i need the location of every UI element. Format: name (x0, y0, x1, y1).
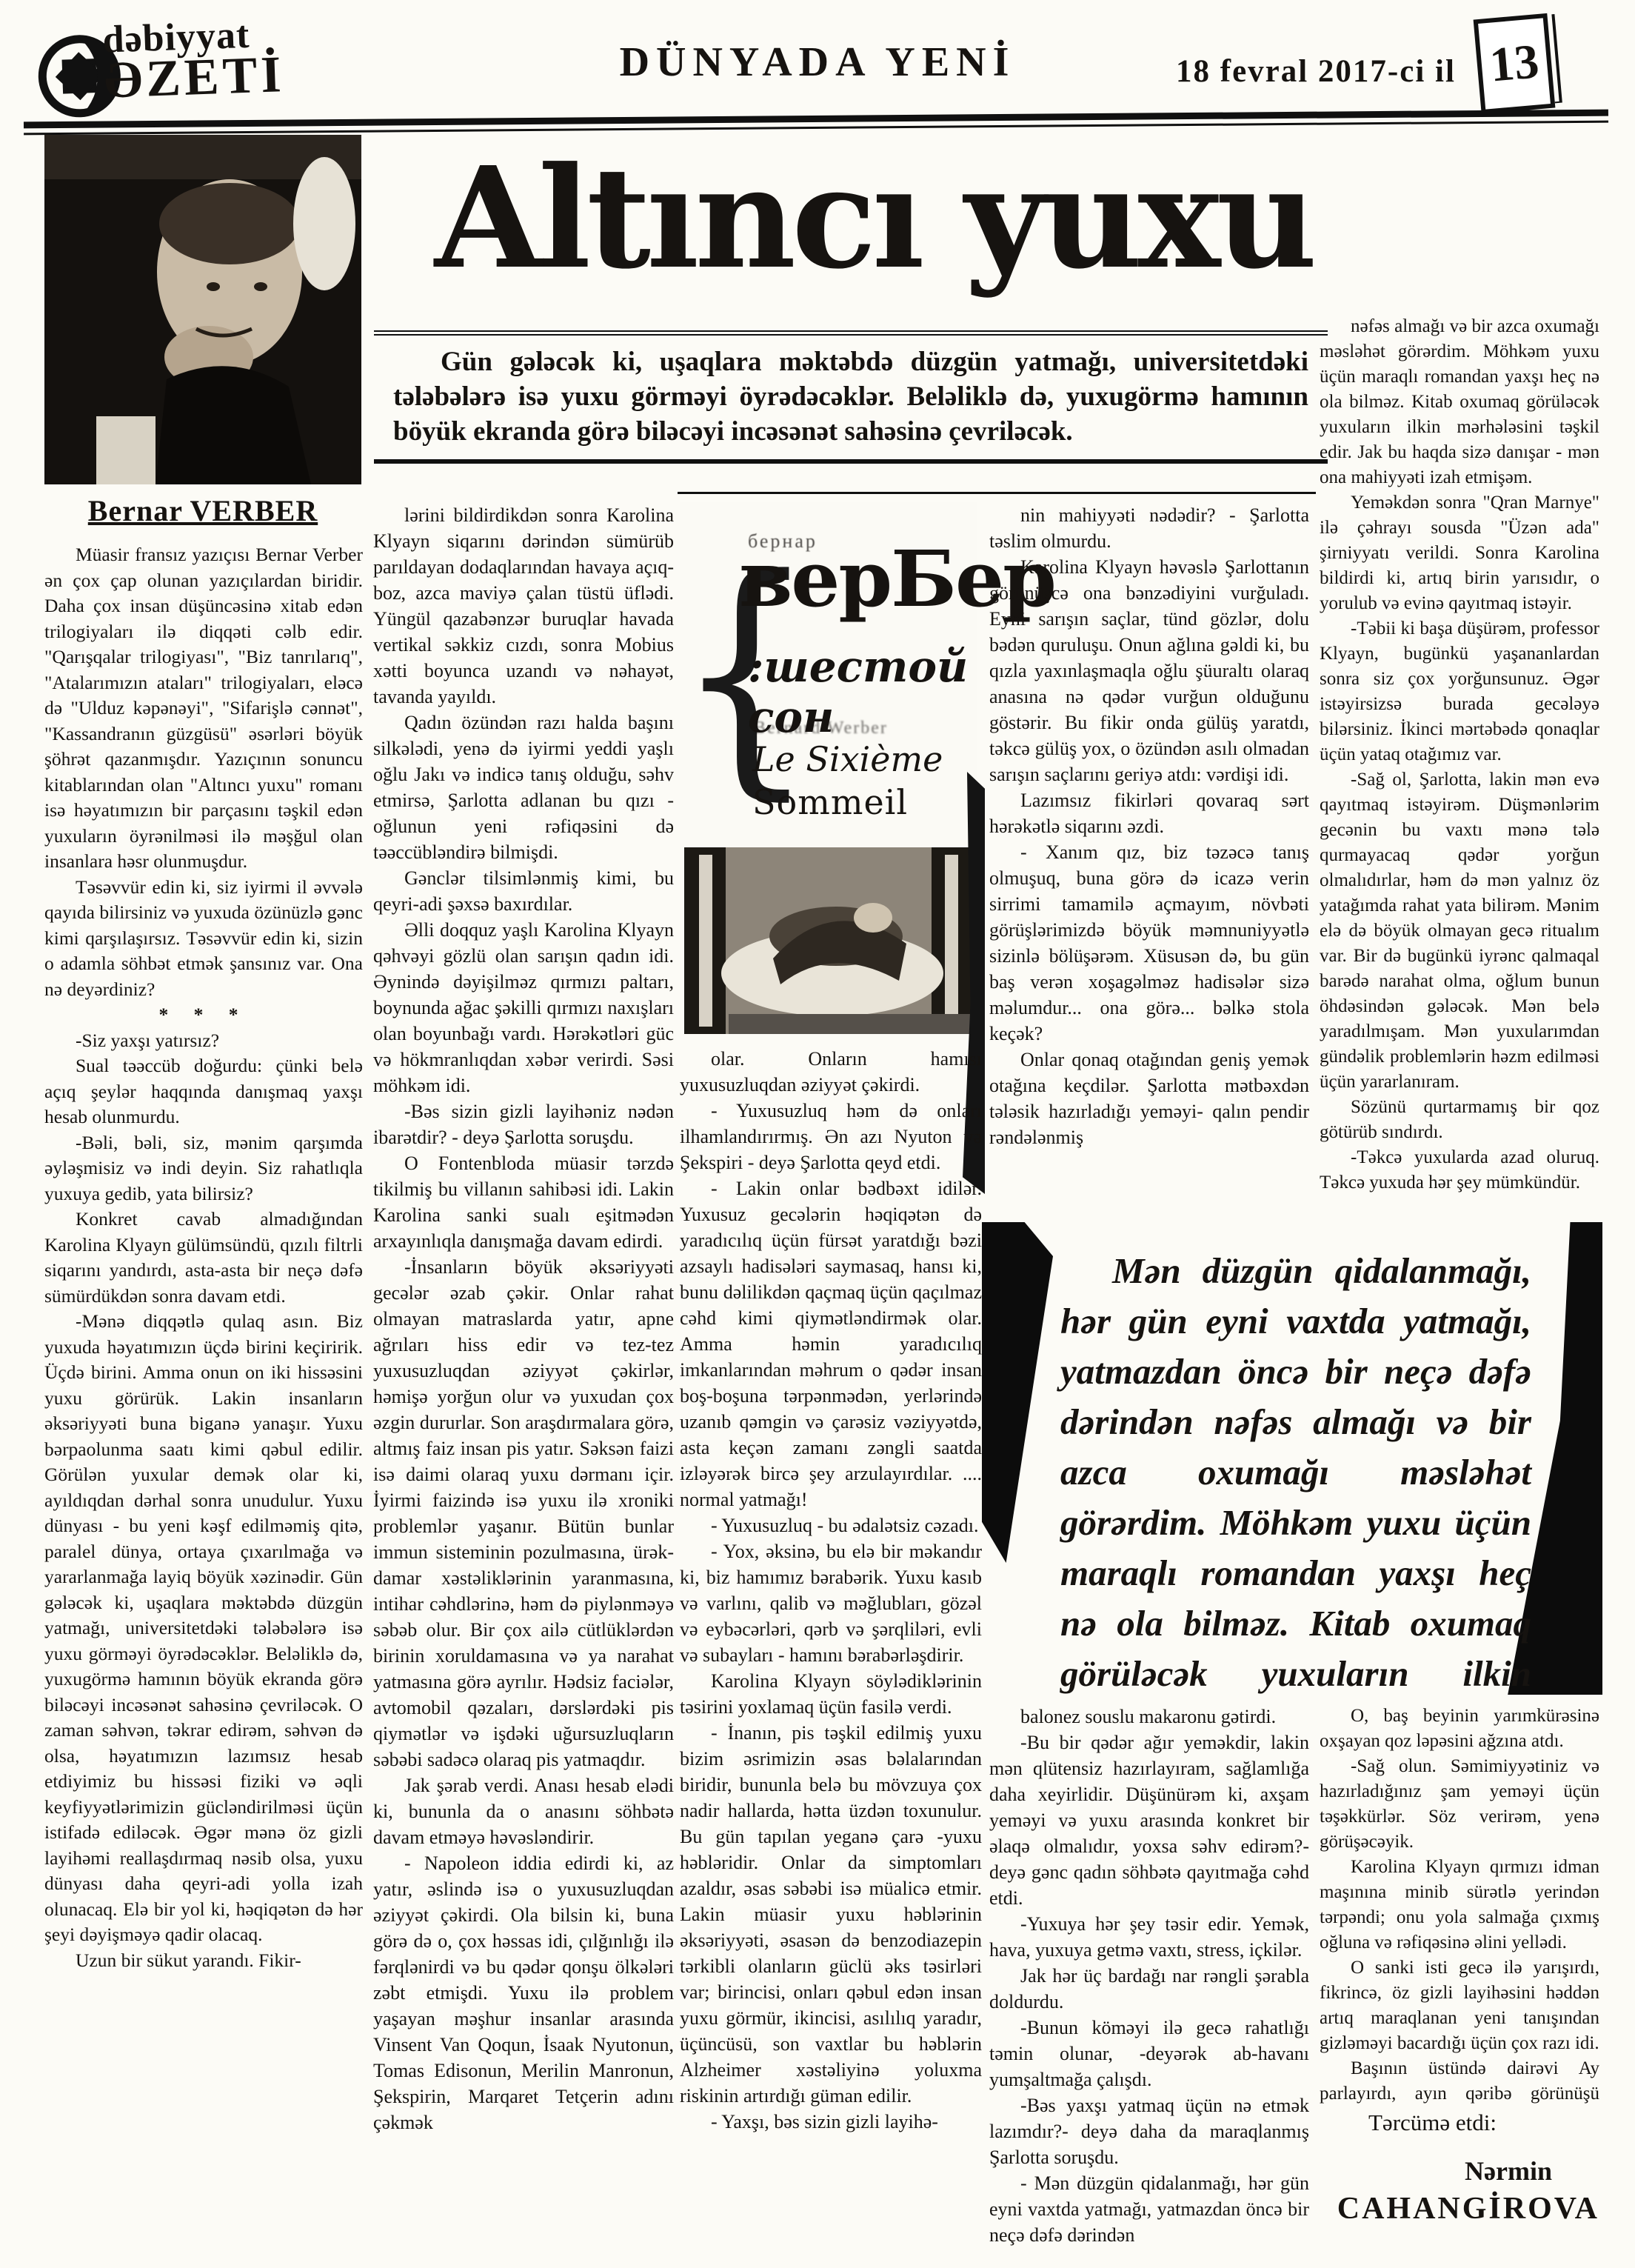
translator-last-name: CAHANGİROVA (1320, 2191, 1599, 2227)
paragraph: O, baş beyinin yarımkürəsinə oxşayan qoz… (1320, 1704, 1599, 1754)
cover-photo (684, 847, 973, 1034)
paragraph: Təsəvvür edin ki, siz iyirmi il əvvələ q… (44, 875, 363, 1003)
newspaper-page: dəbiyyat ƏZETİ DÜNYADA YENİ 18 fevral 20… (0, 0, 1635, 2268)
issue-date: 18 fevral 2017-ci il (1176, 53, 1456, 90)
paragraph: nin mahiyyəti nədədir? - Şarlotta təslim… (989, 502, 1309, 554)
paragraph: -Mənə diqqətlə qulaq asın. Biz yuxuda hə… (44, 1309, 363, 1948)
paragraph: balonez souslu makaronu gətirdi. (989, 1704, 1309, 1730)
paragraph: - Napoleon iddia edirdi ki, az yatır, əs… (373, 1850, 674, 2135)
paragraph: Başının üstündə dairəvi Ay parlayırdı, a… (1320, 2056, 1599, 2104)
paragraph: -Sağ olun. Səmimiyyətiniz və hazırladığı… (1320, 1754, 1599, 1855)
paragraph: Konkret cavab almadığından Karolina Klya… (44, 1207, 363, 1309)
paragraph: -Təkcə yuxularda azad oluruq. Təkcə yuxu… (1320, 1145, 1599, 1195)
paragraph: - Yuxusuzluq - bu ədalətsiz cəzadı. (680, 1512, 982, 1538)
cover-french-title-line2: Sommeil (752, 782, 908, 822)
masthead-line2: ƏZETİ (103, 49, 285, 107)
masthead-logo: dəbiyyat ƏZETİ (34, 15, 286, 121)
column-left-bio: Müasir fransız yazıçısı Bernar Verber ən… (44, 542, 363, 2185)
paragraph: Onlar qonaq otağından geniş yemək otağın… (989, 1047, 1309, 1150)
column-4-top: nin mahiyyəti nədədir? - Şarlotta təslim… (989, 502, 1309, 1222)
column-4-bottom: balonez souslu makaronu gətirdi.-Bu bir … (989, 1704, 1309, 2264)
paragraph: O Fontenbloda müasir tərzdə tikilmiş bu … (373, 1150, 674, 1254)
column-right-bottom: O, baş beyinin yarımkürəsinə oxşayan qoz… (1320, 1704, 1599, 2104)
paragraph: Karolina Klyayn söylədiklərinin təsirini… (680, 1668, 982, 1720)
paragraph: Qadın özündən razı halda başını silkələd… (373, 710, 674, 865)
translator-first-name: Nərmin (1320, 2155, 1599, 2187)
masthead-title: dəbiyyat ƏZETİ (102, 15, 286, 107)
paragraph: - Lakin onlar bədbəxt idilər. Yuxusuz ge… (680, 1175, 982, 1512)
paragraph: * * * (44, 1002, 363, 1028)
paragraph: -Siz yaxşı yatırsız? (44, 1028, 363, 1054)
article-headline: Altıncı yuxu (370, 126, 1377, 326)
paragraph: Jak şərab verdi. Anası hesab elədi ki, b… (373, 1772, 674, 1850)
column-2: lərini bildirdikdən sonra Karolina Klyay… (373, 502, 674, 2155)
paragraph: - Yuxusuzluq həm də onları ilhamlandırır… (680, 1098, 982, 1175)
translator-credit: Tərcümə etdi: Nərmin CAHANGİROVA (1320, 2109, 1599, 2227)
paragraph: -Bəs sizin gizli layihəniz nədən ibarətd… (373, 1098, 674, 1150)
paragraph: Yeməkdən sonra "Qran Marnye" ilə çəhrayı… (1320, 490, 1599, 616)
paragraph: Karolina Klyayn qırmızı idman maşınına m… (1320, 1855, 1599, 1955)
section-title: DÜNYADA YENİ (521, 39, 1114, 86)
article-lede: Gün gələcək ki, uşaqlara məktəbdə düzgün… (374, 330, 1328, 464)
paragraph: -Yuxuya hər şey təsir edir. Yemək, hava,… (989, 1911, 1309, 1963)
paragraph: - Yox, əksinə, bu elə bir məkandır ki, b… (680, 1538, 982, 1668)
paragraph: - Yaxşı, bəs sizin gizli layihə- (680, 2109, 982, 2135)
paragraph: Əlli doqquz yaşlı Karolina Klyayn qəhvəy… (373, 917, 674, 1098)
paragraph: Sözünü qurtarmamış bir qoz götürüb sındı… (1320, 1095, 1599, 1145)
author-photo-caption: Bernar VERBER (44, 493, 361, 528)
paragraph: - İnanın, pis təşkil edilmiş yuxu bizim … (680, 1720, 982, 2109)
paragraph: Jak hər üç bardağı nar rəngli şərabla do… (989, 1963, 1309, 2015)
page-number-book-icon: 13 (1474, 13, 1556, 114)
paragraph: -Təbii ki başa düşürəm, professor Klyayn… (1320, 616, 1599, 767)
paragraph: olar. Onların hamısı yuxusuzluqdan əziyy… (680, 1046, 982, 1098)
cover-french-title-line1: Le Sixième (752, 739, 943, 779)
paragraph: O sanki isti gecə ilə yarışırdı, fikrinc… (1320, 1955, 1599, 2056)
paragraph: -Bunun köməyi ilə gecə rahatlığı təmin o… (989, 2015, 1309, 2092)
paragraph: -Sağ ol, Şarlotta, lakin mən evə qayıtma… (1320, 767, 1599, 1095)
translator-credit-label: Tərcümə etdi: (1320, 2109, 1599, 2136)
pull-quote: Mən düzgün qidalanmağı, hər gün eyni vax… (989, 1227, 1599, 1695)
cover-author-latin: Bernard Werber (754, 718, 888, 738)
paragraph: Gənclər tilsimlənmiş kimi, bu qeyri-adi … (373, 865, 674, 917)
book-cover: { бернар верБер :шестой сон Bernard Werb… (680, 502, 977, 1040)
author-photo (44, 135, 361, 484)
paragraph: Sual təəccüb doğurdu: çünki belə açıq şe… (44, 1053, 363, 1130)
column-right-top: nəfəs almağı və bir azca oxumağı məsləhə… (1320, 314, 1599, 1222)
paragraph: - Mən düzgün qidalanmağı, hər gün eyni v… (989, 2170, 1309, 2248)
paragraph: -İnsanların böyük əksəriyyəti gecələr əz… (373, 1254, 674, 1772)
paragraph: lərini bildirdikdən sonra Karolina Klyay… (373, 502, 674, 710)
paragraph: -Bəs yaxşı yatmaq üçün nə etmək lazımdır… (989, 2092, 1309, 2170)
column-3: olar. Onların hamısı yuxusuzluqdan əziyy… (680, 1046, 982, 2141)
paragraph: Karolina Klyayn həvəslə Şarlottanın görü… (989, 554, 1309, 787)
paragraph: nəfəs almağı və bir azca oxumağı məsləhə… (1320, 314, 1599, 490)
paragraph: -Bəli, bəli, siz, mənim qarşımda əyləşmi… (44, 1130, 363, 1207)
paragraph: - Xanım qız, biz təzəcə tanış olmuşuq, b… (989, 839, 1309, 1047)
paragraph: Müasir fransız yazıçısı Bernar Verber ən… (44, 542, 363, 875)
page-number: 13 (1488, 33, 1541, 93)
paragraph: Uzun bir sükut yarandı. Fikir- (44, 1948, 363, 1974)
paragraph: Lazımsız fikirləri qovaraq sərt hərəkətl… (989, 787, 1309, 839)
paragraph: -Bu bir qədər ağır yeməkdir, lakin mən q… (989, 1730, 1309, 1911)
